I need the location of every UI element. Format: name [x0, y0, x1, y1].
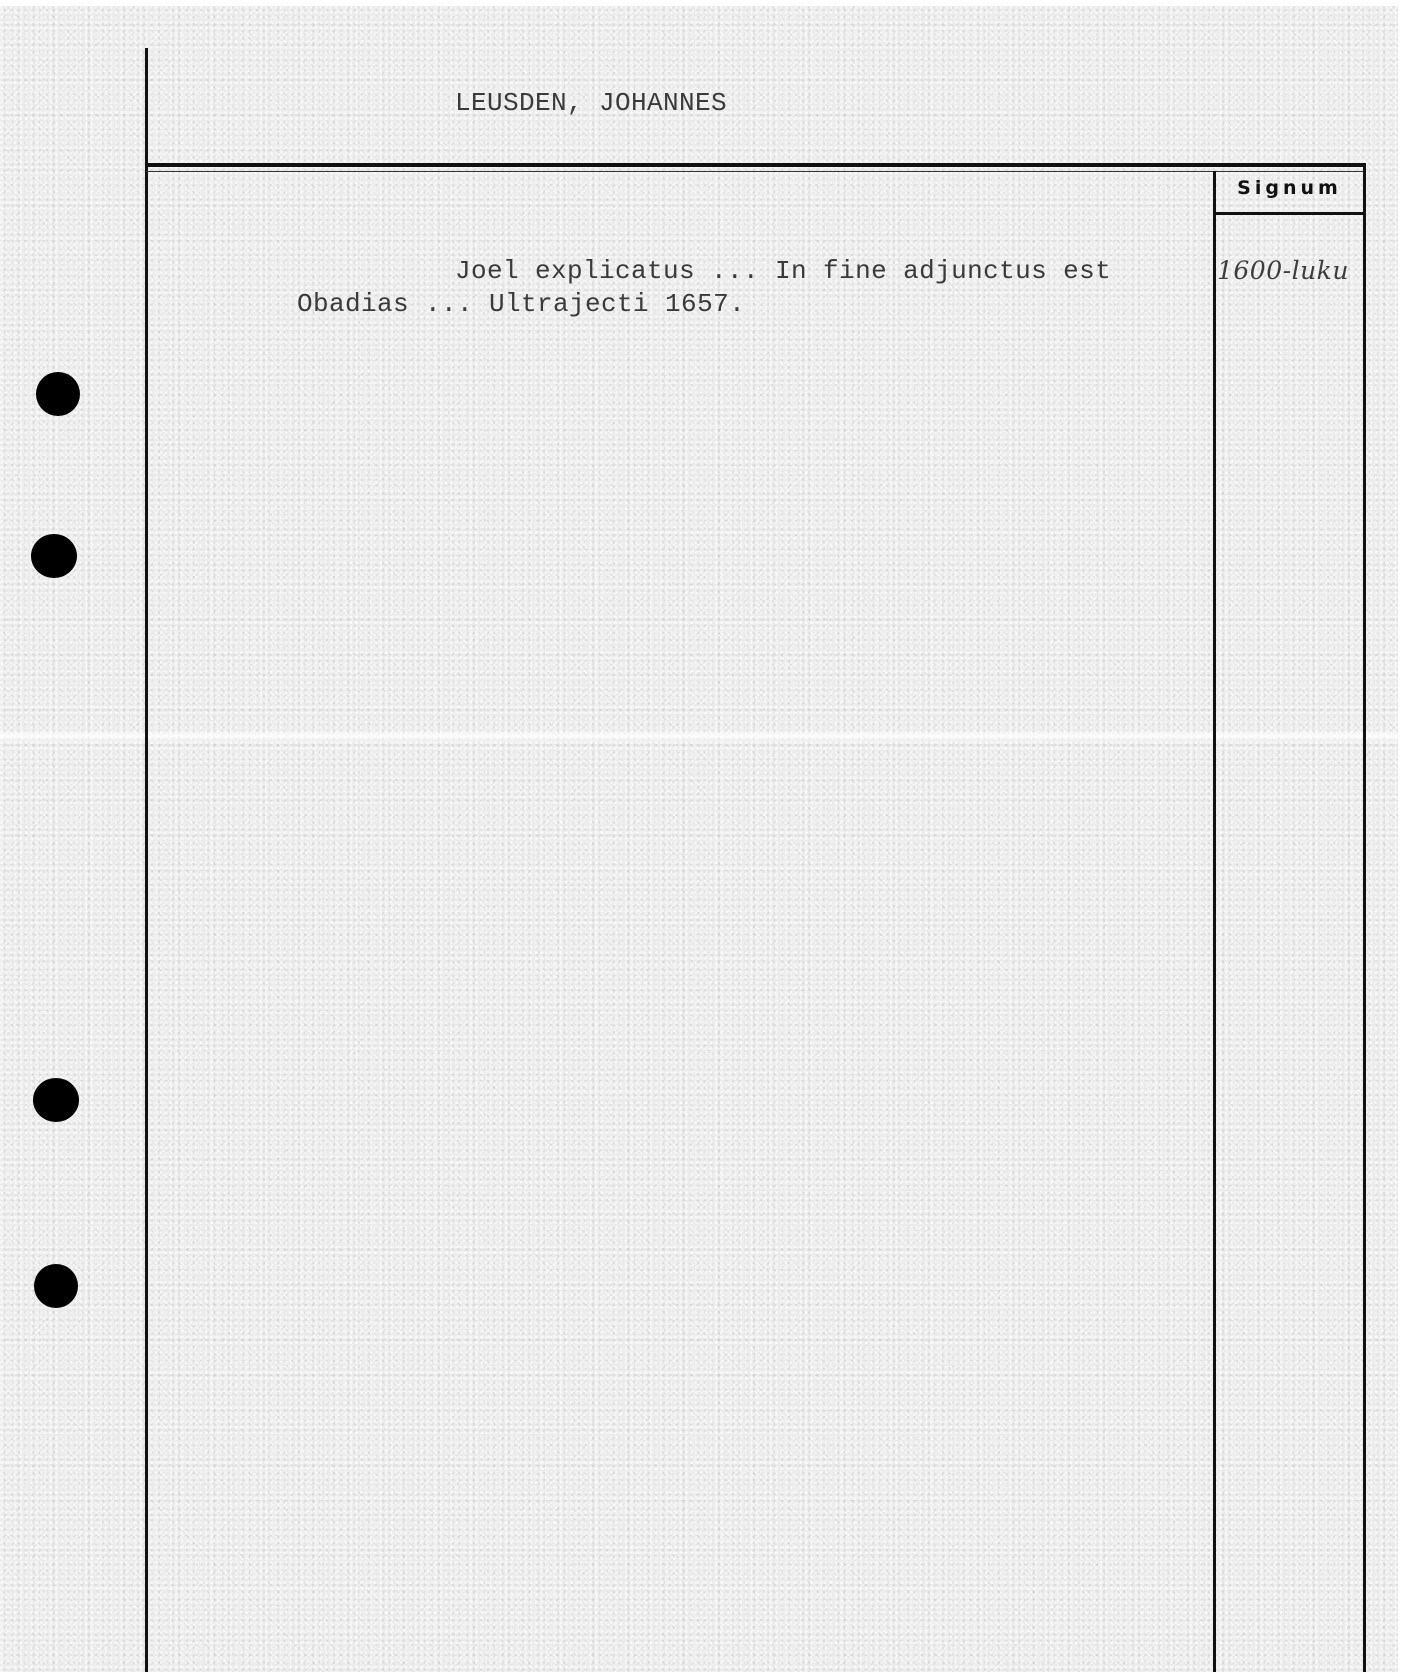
signum-header-divider — [1213, 212, 1366, 215]
signum-column-left-rule — [1213, 171, 1216, 1672]
signum-handwritten-value: 1600-luku — [1217, 256, 1349, 285]
heading-divider-thin — [146, 171, 1366, 172]
punch-hole — [36, 372, 80, 416]
signum-header: Signum — [1216, 177, 1363, 199]
heading-divider-thick — [146, 163, 1366, 167]
punch-hole — [34, 1264, 78, 1308]
author-heading: LEUSDEN, JOHANNES — [455, 88, 727, 118]
signum-column-right-rule — [1363, 163, 1366, 1672]
punch-hole — [33, 1078, 79, 1122]
left-margin-rule — [145, 48, 148, 1672]
punch-hole — [31, 534, 77, 578]
entry-text-line-2: Obadias ... Ultrajecti 1657. — [297, 289, 745, 319]
entry-text-line-1: Joel explicatus ... In fine adjunctus es… — [455, 256, 1111, 286]
scan-artifact-band — [0, 730, 1398, 742]
